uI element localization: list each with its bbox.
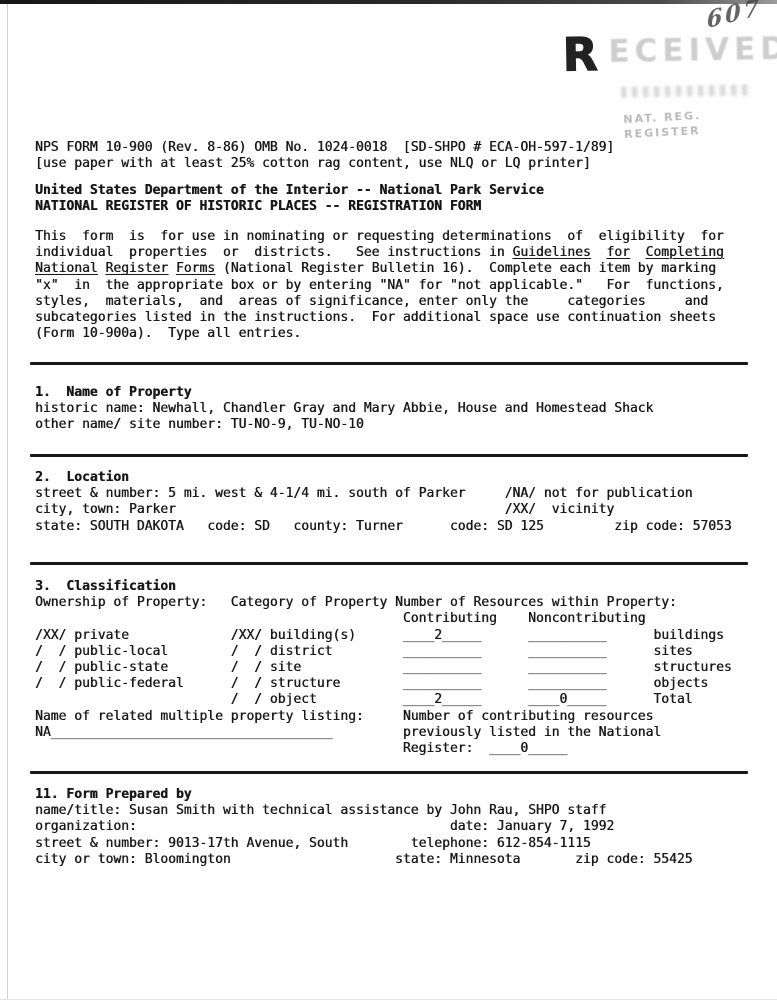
text-line: This form is for use in nominating or re… [35,229,724,245]
received-stamp-word: ECEIVED [608,34,777,68]
text-line: historic name: Newhall, Chandler Gray an… [35,401,653,417]
text-line: 11. Form Prepared by [35,787,692,803]
text-line: NATIONAL REGISTER OF HISTORIC PLACES -- … [35,199,544,215]
text-line: NA____________________________________ p… [35,725,732,741]
national-register-stamp-text: NAT. REG. REGISTER [623,108,702,142]
text-line: (Form 10-900a). Type all entries. [35,326,724,342]
text-line: 1. Name of Property [35,385,653,401]
agency-title: United States Department of the Interior… [35,183,544,215]
text-line: city, town: Parker /XX/ vicinity [35,502,732,518]
text-line: National Register Forms (National Regist… [35,261,724,277]
section-location: 2. Locationstreet & number: 5 mi. west &… [35,470,732,535]
section-classification: 3. ClassificationOwnership of Property: … [35,579,732,757]
text-line: subcategories listed in the instructions… [35,310,724,326]
text-line: 2. Location [35,470,732,486]
text-line: state: SOUTH DAKOTA code: SD county: Tur… [35,519,732,535]
text-line: / / public-local / / district __________… [35,644,732,660]
text-line: 3. Classification [35,579,732,595]
text-line: street & number: 9013-17th Avenue, South… [35,836,692,852]
text-line: organization: date: January 7, 1992 [35,819,692,835]
section-divider-4 [30,771,748,774]
scan-edge-left [7,4,8,1000]
text-line: name/title: Susan Smith with technical a… [35,803,692,819]
received-stamp: R ECEIVED NAT. REG. REGISTER [562,26,764,139]
section-divider-3 [30,562,748,565]
section-form-prepared-by: 11. Form Prepared byname/title: Susan Sm… [35,787,692,868]
section-name-of-property: 1. Name of Propertyhistoric name: Newhal… [35,385,653,434]
text-line: / / public-state / / site __________ ___… [35,660,732,676]
scanned-form-page: 607 R ECEIVED NAT. REG. REGISTER NPS FOR… [0,0,777,1000]
received-stamp-letter: R [562,31,598,78]
text-line: [use paper with at least 25% cotton rag … [35,156,614,172]
text-line: NPS FORM 10-900 (Rev. 8-86) OMB No. 1024… [35,140,614,156]
text-line: Name of related multiple property listin… [35,709,732,725]
text-line: / / object ____2_____ ____0_____ Total [35,692,732,708]
text-line: other name/ site number: TU-NO-9, TU-NO-… [35,417,653,433]
scan-edge-top [0,0,777,4]
section-divider-1 [30,362,748,365]
text-line: city or town: Bloomington state: Minneso… [35,852,692,868]
text-line: /XX/ private /XX/ building(s) ____2_____… [35,628,732,644]
text-line: Ownership of Property: Category of Prope… [35,595,732,611]
text-line: street & number: 5 mi. west & 4-1/4 mi. … [35,486,732,502]
text-line: Register: ____0_____ [35,741,732,757]
text-line: individual properties or districts. See … [35,245,724,261]
text-line: / / public-federal / / structure _______… [35,676,732,692]
intro-paragraph: This form is for use in nominating or re… [35,229,724,342]
text-line: Contributing Noncontributing [35,611,732,627]
text-line: styles, materials, and areas of signific… [35,294,724,310]
received-stamp-date-smudge [621,84,751,97]
text-line: "x" in the appropriate box or by enterin… [35,278,724,294]
stamp-text-line2: REGISTER [624,123,703,142]
form-number-header: NPS FORM 10-900 (Rev. 8-86) OMB No. 1024… [35,140,614,172]
text-line: United States Department of the Interior… [35,183,544,199]
section-divider-2 [30,454,748,457]
